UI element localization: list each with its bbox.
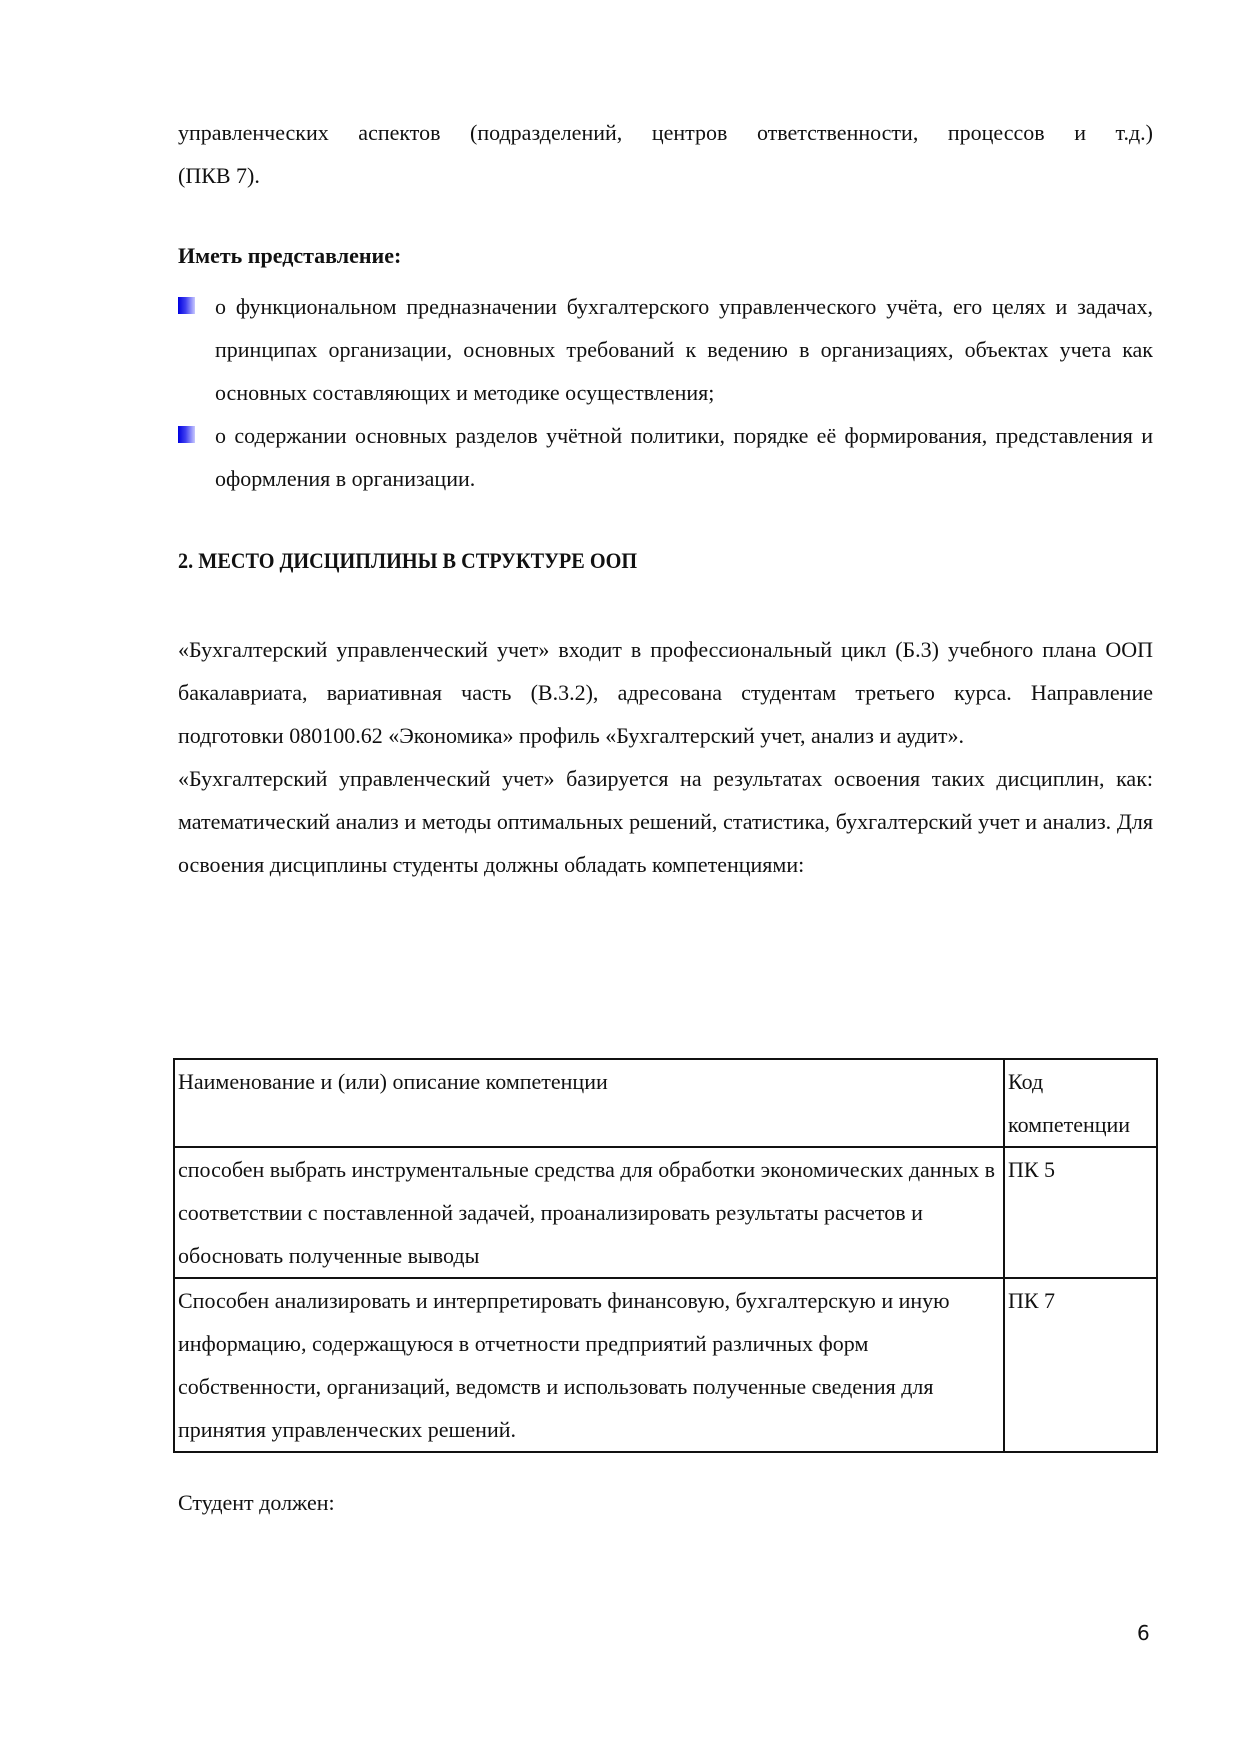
competence-table: Наименование и (или) описание компетенци… — [173, 1058, 1158, 1453]
student-must-label: Студент должен: — [178, 1490, 335, 1516]
header-description: Наименование и (или) описание компетенци… — [174, 1059, 1004, 1147]
intro-line-2: (ПКВ 7). — [178, 163, 260, 188]
competence-code: ПК 5 — [1004, 1147, 1157, 1278]
section-body: «Бухгалтерский управленческий учет» вход… — [178, 628, 1153, 886]
list-item-text: о функциональном предназначении бухгалте… — [215, 294, 1153, 405]
header-code: Код компетенции — [1004, 1059, 1157, 1147]
have-idea-list: о функциональном предназначении бухгалте… — [178, 285, 1153, 500]
section-title: 2. МЕСТО ДИСЦИПЛИНЫ В СТРУКТУРЕ ООП — [178, 548, 637, 574]
competence-description: Способен анализировать и интерпретироват… — [174, 1278, 1004, 1452]
competence-code: ПК 7 — [1004, 1278, 1157, 1452]
intro-paragraph: управленческих аспектов (подразделений, … — [178, 111, 1153, 197]
table-header-row: Наименование и (или) описание компетенци… — [174, 1059, 1157, 1147]
page-number: 6 — [1137, 1621, 1150, 1645]
square-bullet-icon — [178, 426, 195, 443]
competence-description: способен выбрать инструментальные средст… — [174, 1147, 1004, 1278]
list-item: о функциональном предназначении бухгалте… — [178, 285, 1153, 414]
list-item: о содержании основных разделов учётной п… — [178, 414, 1153, 500]
table-row: способен выбрать инструментальные средст… — [174, 1147, 1157, 1278]
paragraph: «Бухгалтерский управленческий учет» вход… — [178, 628, 1153, 757]
intro-line-1: управленческих аспектов (подразделений, … — [178, 111, 1153, 154]
have-idea-heading: Иметь представление: — [178, 243, 401, 269]
document-page: управленческих аспектов (подразделений, … — [0, 0, 1241, 1754]
paragraph: «Бухгалтерский управленческий учет» бази… — [178, 757, 1153, 886]
list-item-text: о содержании основных разделов учётной п… — [215, 423, 1153, 491]
square-bullet-icon — [178, 297, 195, 314]
table-row: Способен анализировать и интерпретироват… — [174, 1278, 1157, 1452]
